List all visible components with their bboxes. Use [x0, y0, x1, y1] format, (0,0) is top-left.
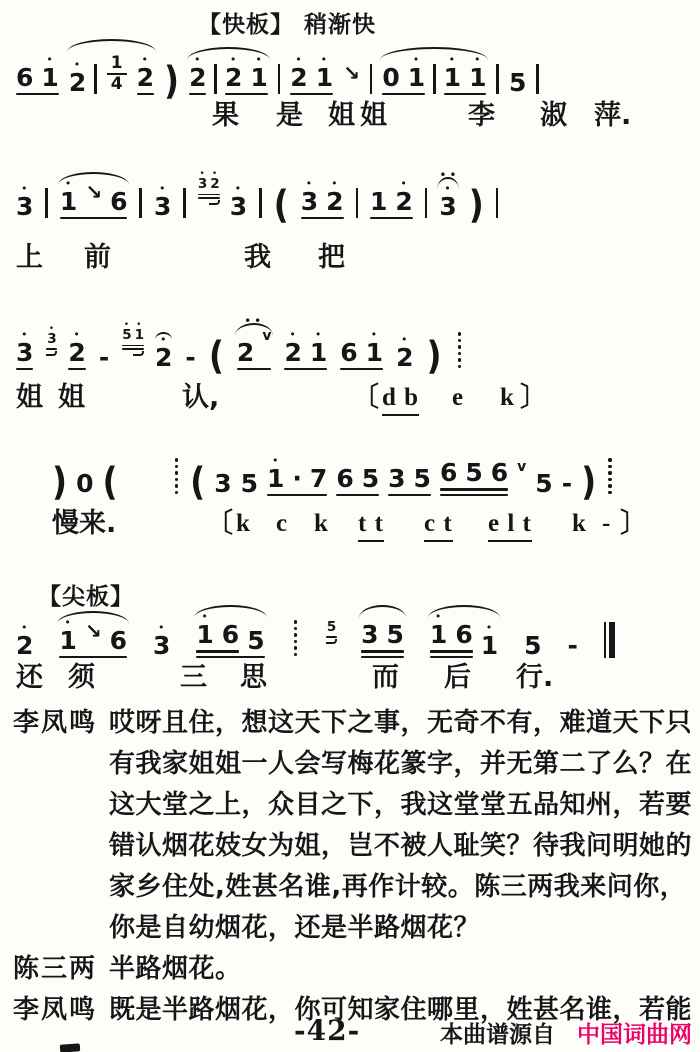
lyric-character: 我 [244, 242, 271, 273]
note: 5 [465, 460, 482, 485]
jianban-label: 【尖板】 [38, 584, 134, 610]
note-glyph: 1 [469, 65, 486, 90]
note: 1 [370, 189, 387, 214]
note: - [568, 633, 578, 658]
note-row: 2v [237, 340, 272, 365]
music-line-4: )0((351•·76535656v5-) [52, 458, 615, 496]
note-glyph-row: 1 [267, 466, 284, 491]
kuaiban-label: 【快板】 [198, 12, 294, 38]
note-glyph-row: 3 [439, 194, 456, 219]
dotted-divider [458, 332, 462, 368]
lyrics-row-2: 上前我把 [0, 242, 700, 278]
bar-line [183, 188, 186, 218]
note: 2• [284, 340, 301, 365]
beam-underline [301, 217, 344, 220]
note-glyph-row: 1 [59, 628, 76, 653]
octave-dot-above: • [210, 170, 219, 179]
dialogue-entry-2: 陈三两半路烟花。 [0, 949, 700, 990]
note: 5 [241, 471, 258, 496]
note: 1• [430, 622, 447, 647]
note-group: ••3• [439, 194, 456, 219]
note: 1• [310, 340, 327, 365]
music-line-1: 61•2•142•)2•2•1•2•1•↘01•1•1•5 [16, 56, 539, 95]
note-group: 1•↘6 [60, 189, 128, 220]
note-glyph: 6 [222, 622, 239, 647]
note-glyph: 1 [135, 329, 144, 343]
lyric-character: 淑 [540, 100, 567, 131]
dotted-divider [294, 620, 298, 656]
note: 1• [41, 65, 58, 90]
note-glyph: 1 [310, 340, 327, 365]
note-row: 2•1• [225, 65, 268, 90]
dot [458, 339, 462, 343]
grace-note-row: 3•2• [198, 178, 220, 192]
note-glyph-row: 6 [222, 622, 239, 647]
note-row: 2•142• [69, 56, 154, 95]
octave-dot-above: • [301, 178, 318, 189]
note-glyph: 5 [122, 329, 131, 343]
lyric-character: 是 [276, 100, 303, 131]
note: 1• [135, 329, 144, 343]
note-glyph-row: 3 [214, 471, 231, 496]
note-glyph: 6 [491, 460, 508, 485]
percussion-syllable: d b [382, 384, 419, 416]
note: 6 [440, 460, 457, 485]
note-glyph: - [562, 471, 572, 496]
note: 2• [155, 345, 172, 370]
note-glyph: 3 [16, 194, 33, 219]
octave-dot-above: • [137, 54, 154, 65]
note-glyph: 5 [524, 633, 541, 658]
beam-underline [68, 368, 85, 371]
page-number: -42- [294, 1014, 360, 1047]
note-glyph: 5 [414, 466, 431, 491]
beam-underline [290, 93, 333, 96]
note: 2• [225, 65, 242, 90]
note: 6 [110, 189, 127, 214]
lyric-character: 萍. [594, 100, 631, 131]
lyric-character: 须 [68, 662, 95, 693]
final-bar-line [604, 622, 616, 658]
note-glyph-row: 1 [135, 329, 144, 343]
note: 6 [222, 622, 239, 647]
note-glyph-row: 1 [408, 65, 425, 90]
note: - [562, 471, 572, 496]
octave-dot-above: • [408, 54, 425, 65]
grace-notes: 5 [326, 621, 337, 644]
note-glyph: 2 [210, 178, 219, 192]
note-group: 65 [336, 466, 379, 497]
note-row: 1•↘6 [59, 628, 127, 653]
parenthesis-glyph: ) [52, 468, 67, 496]
note-glyph-row: 1 [310, 340, 327, 365]
note-row: 35 [361, 622, 404, 647]
note: 2 [237, 340, 254, 365]
dot [294, 633, 298, 637]
note-group: 35 [361, 622, 404, 658]
beam-underline [16, 93, 59, 96]
bar-line [496, 188, 499, 218]
octave-dot-above: • [16, 183, 33, 194]
parenthesis-glyph: ( [209, 342, 224, 370]
note-glyph-row: 2 [290, 65, 307, 90]
note-glyph-row: 6 [110, 189, 127, 214]
octave-dot-above: • [267, 455, 284, 466]
note: · [292, 466, 302, 491]
note-glyph: 2 [69, 70, 86, 95]
note-glyph-row: 2 [326, 189, 343, 214]
note-glyph-row: 6 [336, 466, 353, 491]
note: 5 [535, 471, 552, 496]
bar-line [356, 188, 359, 218]
percussion-syllable: k [500, 384, 515, 413]
beam-underline [16, 368, 33, 371]
note: 5 [327, 621, 336, 635]
note: 2• [68, 340, 85, 371]
note-glyph: 6 [16, 65, 33, 90]
parenthesis-glyph: ( [103, 468, 118, 496]
note: 2• [16, 633, 33, 658]
note-row: 3• [439, 194, 456, 219]
dialogue-line: 错认烟花妓女为姐，岂不被人耻笑？待我问明她的 [109, 826, 700, 867]
note-glyph: 2 [225, 65, 242, 90]
octave-dot-above: • [47, 325, 56, 334]
note-glyph-row: 0 [382, 65, 399, 90]
beam-underline [382, 93, 425, 96]
time-signature-denominator: 4 [107, 73, 127, 94]
speaker-name: 陈三两 [13, 949, 109, 990]
note-group: 2•1• [225, 65, 268, 96]
note-glyph: 3 [361, 622, 378, 647]
note-glyph-row: ) [469, 191, 484, 219]
note-glyph: ( [209, 340, 224, 372]
note-glyph-row: ( [209, 342, 224, 370]
note-group: 1•1• [444, 65, 487, 96]
beam-underline [361, 656, 404, 659]
grace-notes: 5•1• [122, 329, 144, 356]
note-row: 2•1• [290, 65, 333, 90]
percussion-syllable: e l t [488, 510, 532, 542]
lyric-character: 姐 [16, 382, 43, 413]
note-group: 1•↘6 [59, 628, 127, 659]
dialogue-line: 有我家姐姐一人会写梅花篆字，并无第二了么？在 [109, 744, 700, 785]
note-row: 12• [370, 189, 413, 214]
dialogue-section: 李凤鸣哎呀且住，想这天下之事，无奇不有，难道天下只有我家姐姐一人会写梅花篆字，并… [0, 703, 700, 1031]
note: 7 [310, 466, 327, 491]
bar-line [139, 188, 142, 218]
octave-dot-above: • [284, 329, 301, 340]
beam-underline [59, 656, 127, 659]
note-row: 01• [382, 65, 425, 90]
note-group: 61• [16, 65, 59, 96]
octave-dot-above: • [196, 611, 213, 622]
note: 5 [247, 628, 264, 653]
note-glyph: 5 [362, 466, 379, 491]
note-glyph-row: 2 [68, 340, 85, 365]
note-glyph: 6 [440, 460, 457, 485]
note: 3• [153, 633, 170, 658]
note-glyph-row: 6 [440, 460, 457, 485]
note-glyph: 2 [290, 65, 307, 90]
note-glyph-row: 1 [196, 622, 213, 647]
note-glyph: 1 [408, 65, 425, 90]
note-glyph: ) [164, 65, 179, 97]
final-bar-thick [609, 622, 615, 658]
beam-underline [430, 656, 473, 659]
dialogue-text: 哎呀且住，想这天下之事，无奇不有，难道天下只有我家姐姐一人会写梅花篆字，并无第二… [109, 703, 700, 949]
note-glyph: ( [274, 189, 289, 221]
note: 6 [16, 65, 33, 90]
dot [175, 484, 179, 488]
percussion-syllable: c t [424, 510, 453, 542]
note: 2• [137, 65, 154, 96]
note-glyph: 1 [444, 65, 461, 90]
note: 3• [198, 178, 207, 192]
note-glyph: 2 [396, 345, 413, 370]
octave-dot-above: • [60, 178, 77, 189]
bar-line [259, 188, 262, 218]
dot [294, 653, 298, 657]
lyrics-row-5: 还须三思而后行. [0, 662, 700, 698]
dot [175, 478, 179, 482]
note-glyph: ( [190, 466, 205, 498]
note-glyph-row: 2 [237, 340, 254, 365]
glide-down-arrow-icon: ↘ [85, 182, 102, 202]
dot [175, 491, 179, 495]
note: 1• [444, 65, 461, 90]
kuaiban-tempo-text: 稍渐快 [304, 12, 376, 38]
octave-dot-above: • [444, 54, 461, 65]
note-glyph: 2 [137, 65, 154, 90]
bar-line [278, 64, 281, 94]
lyric-character: 后 [444, 662, 471, 693]
note-glyph-row: 6 [16, 65, 33, 90]
dot [458, 358, 462, 362]
dot [458, 352, 462, 356]
lyric-character: 而 [372, 662, 399, 693]
note: 6 [455, 622, 472, 647]
parenthesis-glyph: ) [581, 468, 596, 496]
note-glyph-row: 3 [230, 194, 247, 219]
octave-dot-above: • [153, 622, 170, 633]
note-group: 61• [340, 340, 383, 371]
note-row: 1•↘6 [60, 189, 128, 214]
speaker-name: 李凤鸣 [13, 990, 109, 1031]
lyric-character: 姐 [328, 100, 355, 131]
note-glyph-row: 5 [524, 633, 541, 658]
beam-underline [198, 194, 220, 196]
note-glyph: ( [103, 466, 118, 498]
note-row: 2•2•1• [189, 64, 268, 95]
percussion-syllable: k [314, 510, 329, 539]
bar-line [425, 188, 428, 218]
note: 3 [214, 471, 231, 496]
lyric-character: 姐 [58, 382, 85, 413]
note-glyph: 3 [16, 340, 33, 365]
note-glyph: 1 [430, 622, 447, 647]
lyric-character: 前 [84, 242, 111, 273]
note-glyph: 5 [535, 471, 552, 496]
note-glyph-row: 5 [122, 329, 131, 343]
note-glyph: 1 [59, 628, 76, 653]
note: 2• [189, 65, 206, 96]
note-glyph: 1 [366, 340, 383, 365]
note-glyph: 6 [110, 189, 127, 214]
octave-dot-above: • [154, 183, 171, 194]
note-row: 1•65 [196, 622, 264, 653]
dialogue-entry-1: 李凤鸣哎呀且住，想这天下之事，无奇不有，难道天下只有我家姐姐一人会写梅花篆字，并… [0, 703, 700, 949]
note: 1• [59, 628, 76, 653]
note-glyph: 7 [310, 466, 327, 491]
dialogue-text: 半路烟花。 [109, 949, 700, 990]
lyric-character: 上 [16, 242, 43, 273]
dialogue-line: 这大堂之上，众目之下，我这堂堂五品知州，若要 [109, 785, 700, 826]
note: 3• [154, 194, 171, 219]
slur-arc-dots: •• [439, 168, 456, 182]
percussion-syllable: t t [358, 510, 384, 542]
grace-hook [209, 200, 220, 205]
lyric-character: 行. [516, 662, 553, 693]
note-glyph: 5 [247, 628, 264, 653]
note-glyph-row: 2 [396, 345, 413, 370]
octave-dot-above: • [225, 54, 242, 65]
note: 5 [509, 70, 526, 95]
music-line-2: 3•1•↘63•3•2•3•(3•2•12•••3•) [16, 188, 498, 219]
note-glyph-row: 2 [189, 65, 206, 90]
music-line-3: 3•3•2•-5•1•2•-(••2v2•1•61•2•) [16, 332, 464, 370]
lyric-character: 〔 [206, 508, 233, 539]
note-group: 35 [388, 466, 431, 497]
octave-dot-above: • [250, 54, 267, 65]
note: 0 [76, 471, 93, 496]
octave-dot-above: • [290, 54, 307, 65]
note-glyph: 0 [382, 65, 399, 90]
octave-dot-above: • [326, 178, 343, 189]
note-glyph-row: 3 [198, 178, 207, 192]
grace-notes: 3• [46, 333, 57, 356]
beam-underline [60, 217, 128, 220]
sheet-music-page: 【快板】稍渐快 【尖板】 61•2•142•)2•2•1•2•1•↘01•1•1… [0, 0, 700, 1052]
note-glyph: 6 [110, 628, 127, 653]
note-glyph: 6 [336, 466, 353, 491]
lyrics-row-4: 慢来.〔kckt tc te l tk-〕 [0, 508, 700, 544]
note-glyph-row: 5 [247, 628, 264, 653]
note-glyph-row: 1 [366, 340, 383, 365]
note-glyph-row: 2 [395, 189, 412, 214]
glide-down-arrow-icon: ↘ [343, 63, 360, 83]
note: - [99, 345, 109, 370]
dot [294, 646, 298, 650]
breath-mark-icon: v [517, 460, 526, 474]
note-group: 01• [382, 65, 425, 96]
note-glyph: 6 [340, 340, 357, 365]
dot [608, 484, 612, 488]
note-glyph-row: 7 [310, 466, 327, 491]
bar-line [370, 64, 373, 94]
note-group: 1•6 [430, 622, 473, 658]
note-glyph-row: ) [52, 468, 67, 496]
percussion-syllable: - [602, 510, 611, 539]
source-site-name: 中国词曲网 [577, 1022, 692, 1048]
note-glyph: 3 [301, 189, 318, 214]
note: 6 [110, 628, 127, 653]
note: 3 [361, 622, 378, 647]
grace-hook [46, 351, 57, 356]
note-glyph: 2 [237, 340, 254, 365]
note: 3• [16, 194, 33, 219]
octave-dot-above: • [439, 183, 456, 194]
note-glyph-row: · [292, 466, 302, 491]
beam-underline [189, 93, 206, 96]
note: 1• [267, 466, 284, 491]
note: 6 [340, 340, 357, 365]
note-glyph-row: 6 [455, 622, 472, 647]
beam-underline [336, 494, 379, 497]
note-glyph: 3 [153, 633, 170, 658]
note-glyph: 1 [481, 633, 498, 658]
octave-dot-above: • [230, 183, 247, 194]
note: 1• [250, 65, 267, 90]
lyric-character: 〕 [620, 508, 647, 539]
note-glyph-row: 5 [362, 466, 379, 491]
octave-dot-above: • [366, 329, 383, 340]
note: 1• [196, 622, 213, 647]
dot [458, 332, 462, 336]
lyric-character: 认, [182, 382, 219, 413]
parenthesis-glyph: ) [164, 67, 179, 95]
note-glyph-row: 1 [370, 189, 387, 214]
bar-line [94, 64, 97, 94]
note-glyph: · [292, 466, 302, 491]
note-glyph-row: ) [581, 468, 596, 496]
note-glyph: 6 [455, 622, 472, 647]
grace-note-row: 5 [327, 621, 336, 635]
percussion-syllable: k [572, 510, 587, 539]
note-group: 1•6 [196, 622, 239, 653]
dot [608, 471, 612, 475]
lyric-character: 慢来. [52, 508, 116, 539]
note: 3• [16, 340, 33, 371]
dot [175, 458, 179, 462]
note-glyph-row: 2 [137, 65, 154, 90]
lyric-character: 把 [318, 242, 345, 273]
bar-line [496, 64, 499, 94]
beam-underline [225, 93, 268, 96]
note-glyph-row: 3 [301, 189, 318, 214]
lyrics-row-3: 姐姐认,〔d bek〕 [0, 382, 700, 418]
note: 3 [388, 466, 405, 491]
note-glyph: 2 [68, 340, 85, 365]
octave-dot-above: • [430, 611, 447, 622]
source-credit-prefix: 本曲谱源自 [440, 1022, 555, 1048]
note-glyph-row: 5 [387, 622, 404, 647]
dialogue-line: 半路烟花。 [109, 949, 700, 990]
note-glyph-row: 3 [153, 633, 170, 658]
note-glyph-row: ( [274, 191, 289, 219]
dotted-divider [175, 458, 179, 494]
note-row: 1•61• [430, 622, 498, 658]
octave-dot-above: • [59, 617, 76, 628]
octave-dot-above: • [135, 321, 144, 330]
beam-underline [237, 368, 272, 371]
note-glyph-row: 1 [469, 65, 486, 90]
note-group: ••2v [237, 340, 272, 371]
note-glyph-row: 2 [210, 178, 219, 192]
octave-dot-above: • [316, 54, 333, 65]
glide-down-arrow-icon: ↘ [85, 621, 102, 641]
note: 3• [439, 194, 456, 219]
note-glyph-row: 5 [509, 70, 526, 95]
